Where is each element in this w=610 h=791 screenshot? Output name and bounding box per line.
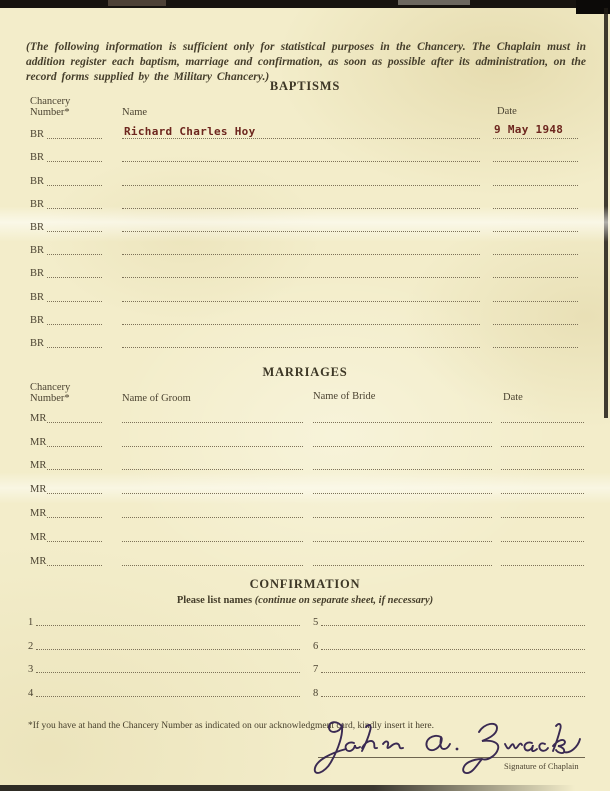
marriage-row: MR	[0, 402, 610, 426]
chancery-number-line	[47, 493, 102, 494]
chancery-number-line	[47, 138, 102, 139]
marriages-rows: MR MR MR MR MR	[0, 402, 610, 569]
marriage-row: MR	[0, 450, 610, 474]
date-line	[493, 231, 578, 232]
chancery-number-line	[47, 254, 102, 255]
confirmation-row: 1 5	[0, 607, 610, 630]
row-prefix: BR	[30, 292, 44, 303]
name-line	[122, 231, 480, 232]
row-prefix: BR	[30, 199, 44, 210]
typed-name: Richard Charles Hoy	[124, 125, 256, 138]
chancery-number-line	[47, 446, 102, 447]
confirmation-row: 4 8	[0, 677, 610, 700]
date-line	[501, 469, 584, 470]
confirmation-instruction-plain: Please list names	[177, 595, 255, 606]
groom-name-line	[122, 541, 303, 542]
date-line	[493, 185, 578, 186]
chancery-number-line	[47, 565, 102, 566]
row-prefix: MR	[30, 437, 46, 448]
bride-name-line	[313, 446, 492, 447]
name-line	[122, 208, 480, 209]
name-line	[122, 347, 480, 348]
date-line	[493, 208, 578, 209]
name-line	[122, 254, 480, 255]
row-prefix: MR	[30, 484, 46, 495]
baptism-row: BR	[0, 258, 610, 281]
confirmation-name-line	[321, 696, 585, 697]
groom-name-line	[122, 565, 303, 566]
confirmation-instruction: Please list names (continue on separate …	[0, 595, 610, 606]
confirmation-number: 2	[28, 641, 33, 652]
confirmation-number: 5	[313, 617, 318, 628]
marriage-row: MR	[0, 521, 610, 545]
confirmation-number: 6	[313, 641, 318, 652]
chancery-number-line	[47, 231, 102, 232]
confirmation-row: 2 6	[0, 630, 610, 653]
baptism-row: BR	[0, 142, 610, 165]
chaplain-signature: John A. Zwack	[298, 714, 590, 784]
date-line	[493, 138, 578, 139]
confirmation-number: 8	[313, 688, 318, 699]
baptism-row: BR	[0, 165, 610, 188]
confirmation-name-line	[36, 696, 300, 697]
chancery-number-line	[47, 208, 102, 209]
row-prefix: BR	[30, 152, 44, 163]
bride-name-line	[313, 565, 492, 566]
chancery-number-line	[47, 422, 102, 423]
date-line	[493, 347, 578, 348]
date-line	[493, 301, 578, 302]
chancery-number-line	[47, 185, 102, 186]
chancery-number-line	[47, 161, 102, 162]
row-prefix: BR	[30, 245, 44, 256]
column-header-chancery-number: Number*	[30, 107, 70, 118]
confirmation-rows: 1 5 2 6 3 7 4 8	[0, 607, 610, 701]
chancery-number-line	[47, 277, 102, 278]
date-line	[501, 565, 584, 566]
row-prefix: MR	[30, 460, 46, 471]
confirmation-row: 3 7	[0, 654, 610, 677]
groom-name-line	[122, 446, 303, 447]
scan-edge-bottom	[0, 785, 575, 791]
row-prefix: MR	[30, 413, 46, 424]
name-line	[122, 161, 480, 162]
row-prefix: BR	[30, 338, 44, 349]
marriage-row: MR	[0, 545, 610, 569]
marriage-row: MR	[0, 426, 610, 450]
confirmation-number: 1	[28, 617, 33, 628]
row-prefix: MR	[30, 508, 46, 519]
confirmation-number: 4	[28, 688, 33, 699]
baptism-row: BR	[0, 305, 610, 328]
confirmation-name-line	[321, 672, 585, 673]
bride-name-line	[313, 493, 492, 494]
row-prefix: BR	[30, 129, 44, 140]
baptism-row: BR	[0, 189, 610, 212]
intro-note: (The following information is sufficient…	[26, 40, 586, 85]
row-prefix: BR	[30, 315, 44, 326]
marriage-row: MR	[0, 473, 610, 497]
bride-name-line	[313, 422, 492, 423]
baptisms-title: BAPTISMS	[0, 79, 610, 94]
scan-edge-top	[0, 0, 610, 8]
baptisms-rows: BR Richard Charles Hoy 9 May 1948 BR BR …	[0, 119, 610, 351]
column-header-chancery: Chancery	[30, 96, 70, 107]
date-line	[501, 422, 584, 423]
confirmation-name-line	[321, 649, 585, 650]
confirmation-instruction-italic: (continue on separate sheet, if necessar…	[255, 595, 434, 606]
chancery-number-line	[47, 541, 102, 542]
date-line	[501, 493, 584, 494]
date-line	[501, 541, 584, 542]
chancery-number-line	[47, 324, 102, 325]
column-header-chancery: Chancery	[30, 382, 70, 393]
name-line	[122, 277, 480, 278]
confirmation-name-line	[36, 649, 300, 650]
confirmation-number: 3	[28, 664, 33, 675]
confirmation-number: 7	[313, 664, 318, 675]
scan-edge-top-segment	[398, 0, 470, 5]
scan-edge-top-segment	[108, 0, 166, 6]
chancery-number-line	[47, 517, 102, 518]
groom-name-line	[122, 469, 303, 470]
baptism-row: BR	[0, 235, 610, 258]
date-line	[493, 161, 578, 162]
chancery-number-line	[47, 347, 102, 348]
confirmation-title: CONFIRMATION	[0, 577, 610, 592]
row-prefix: MR	[30, 532, 46, 543]
groom-name-line	[122, 493, 303, 494]
bride-name-line	[313, 517, 492, 518]
bride-name-line	[313, 541, 492, 542]
date-line	[493, 277, 578, 278]
name-line	[122, 185, 480, 186]
column-header-name: Name	[122, 107, 147, 118]
row-prefix: BR	[30, 176, 44, 187]
date-line	[493, 324, 578, 325]
confirmation-name-line	[36, 672, 300, 673]
confirmation-name-line	[321, 625, 585, 626]
groom-name-line	[122, 517, 303, 518]
row-prefix: BR	[30, 268, 44, 279]
bride-name-line	[313, 469, 492, 470]
baptism-row: BR	[0, 328, 610, 351]
name-line	[122, 301, 480, 302]
row-prefix: MR	[30, 556, 46, 567]
confirmation-name-line	[36, 625, 300, 626]
baptism-row: BR	[0, 281, 610, 304]
chancery-number-line	[47, 469, 102, 470]
date-line	[501, 446, 584, 447]
typed-date: 9 May 1948	[494, 123, 563, 136]
column-header-date: Date	[497, 106, 517, 117]
marriage-row: MR	[0, 497, 610, 521]
name-line	[122, 324, 480, 325]
date-line	[493, 254, 578, 255]
row-prefix: BR	[30, 222, 44, 233]
signature-ink-drawing	[298, 714, 590, 784]
name-line	[122, 138, 480, 139]
marriages-title: MARRIAGES	[0, 365, 610, 380]
baptism-row: BR Richard Charles Hoy 9 May 1948	[0, 119, 610, 142]
column-header-bride: Name of Bride	[313, 391, 375, 402]
groom-name-line	[122, 422, 303, 423]
document-scan: (The following information is sufficient…	[0, 0, 610, 791]
date-line	[501, 517, 584, 518]
chancery-number-line	[47, 301, 102, 302]
baptism-row: BR	[0, 212, 610, 235]
